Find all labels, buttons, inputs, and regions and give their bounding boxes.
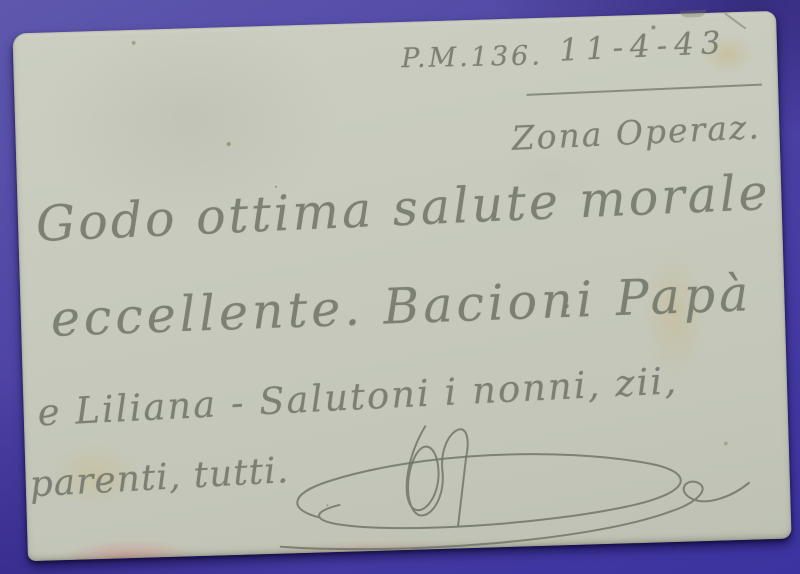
signature-flourish bbox=[257, 404, 786, 570]
message-line: Godo ottima salute morale bbox=[35, 164, 772, 253]
date-underline bbox=[526, 84, 762, 96]
field-post-number: P.M.136. bbox=[401, 40, 543, 74]
top-edge-notch bbox=[680, 10, 706, 18]
paper-speckles bbox=[12, 33, 14, 35]
postcard: P.M.136. 11-4-43 Zona Operaz. Godo ottim… bbox=[12, 11, 791, 561]
message-line: eccellente. Bacioni Papà bbox=[50, 265, 753, 348]
zone-note: Zona Operaz. bbox=[511, 107, 762, 158]
date: 11-4-43 bbox=[558, 25, 728, 69]
message-line: parenti, tutti. bbox=[29, 450, 291, 505]
corner-crease-mark bbox=[724, 12, 746, 29]
scanned-postcard-photo: P.M.136. 11-4-43 Zona Operaz. Godo ottim… bbox=[0, 0, 800, 574]
